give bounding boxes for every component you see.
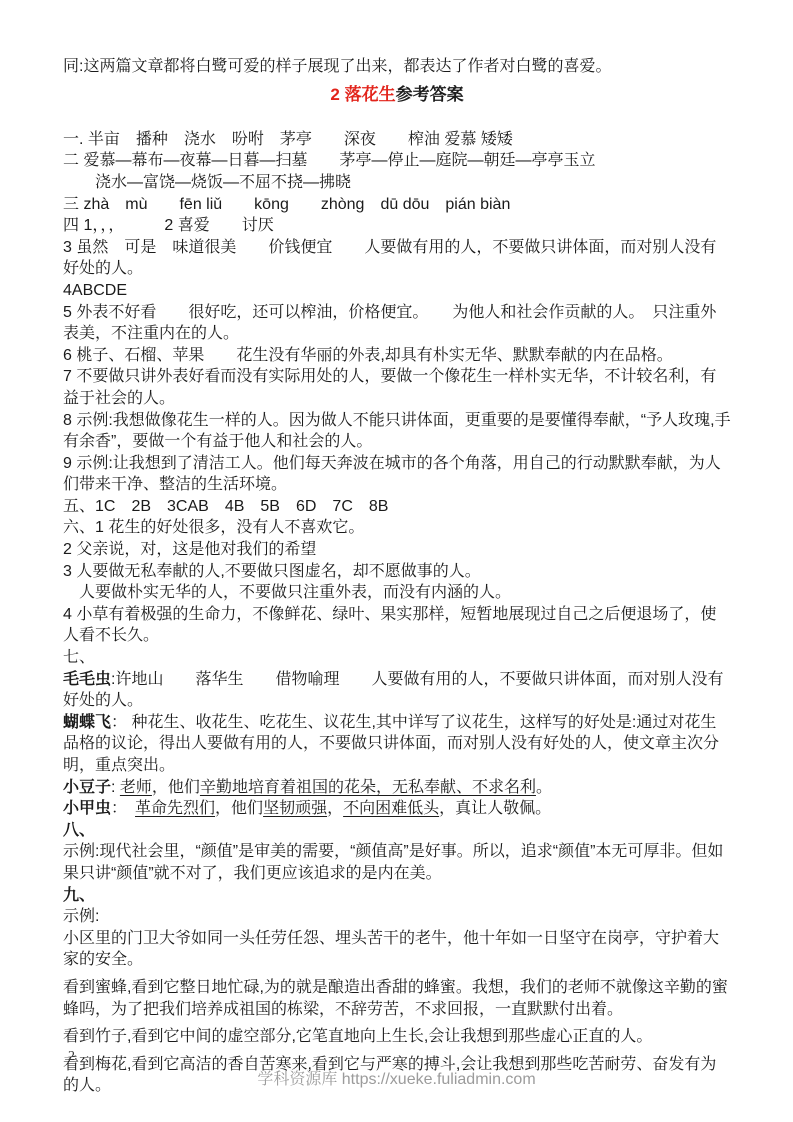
text-segment: 看到蜜蜂,看到它整日地忙碌,为的就是酿造出香甜的蜂蜜。我想，我们的老师不就像这辛… bbox=[63, 979, 728, 1018]
text-segment: 2 父亲说，对，这是他对我们的希望 bbox=[63, 541, 316, 558]
answer-paragraph: 8 示例:我想做像花生一样的人。因为做人不能只讲体面，更重要的是要懂得奉献，“予… bbox=[63, 410, 731, 453]
text-segment: 三 zhà mù fēn liǔ kōng zhòng dū dōu pián … bbox=[63, 196, 510, 213]
text-segment: :许地山 落华生 借物喻理 人要做有用的人，不要做只讲体面，而对别人没有好处的人… bbox=[63, 671, 723, 710]
text-segment: 小甲虫 bbox=[63, 800, 111, 817]
answer-paragraph: 一. 半亩 播种 浇水 吩咐 茅亭 深夜 榨油 爱慕 矮矮 bbox=[63, 129, 731, 151]
answer-paragraph: 看到竹子,看到它中间的虚空部分,它笔直地向上生长,会让我想到那些虚心正直的人。 bbox=[63, 1026, 731, 1048]
text-segment: 。 bbox=[536, 779, 552, 796]
text-segment: 3 虽然 可是 味道很美 价钱便宜 人要做有用的人，不要做只讲体面，而对别人没有… bbox=[63, 239, 716, 278]
text-segment: 同:这两篇文章都将白鹭可爱的样子展现了出来，都表达了作者对白鹭的喜爱。 bbox=[63, 58, 611, 75]
answer-paragraph bbox=[63, 107, 731, 129]
answer-paragraph: 6 桃子、石榴、苹果 花生没有华丽的外表,却具有朴实无华、默默奉献的内在品格。 bbox=[63, 345, 731, 367]
text-segment: 六、1 花生的好处很多，没有人不喜欢它。 bbox=[63, 519, 364, 536]
answer-paragraph: 9 示例:让我想到了清洁工人。他们每天奔波在城市的各个角落，用自己的行动默默奉献… bbox=[63, 453, 731, 496]
document-page: { "colors": { "title_red": "#e2231a", "b… bbox=[0, 0, 793, 1122]
text-segment: 8 示例:我想做像花生一样的人。因为做人不能只讲体面，更重要的是要懂得奉献，“予… bbox=[63, 412, 731, 451]
text-segment: 4ABCDE bbox=[63, 282, 127, 299]
text-segment: 5 外表不好看 很好吃，还可以榨油，价格便宜。 为他人和社会作贡献的人。 只注重… bbox=[63, 304, 716, 343]
text-segment: 四 1，，， 2 喜爱 讨厌 bbox=[63, 217, 274, 234]
answer-paragraph: 二 爱慕—幕布—夜幕—日暮—扫墓 茅亭—停止—庭院—朝廷—亭亭玉立 bbox=[63, 150, 731, 172]
text-segment: 八、 bbox=[63, 822, 95, 839]
answer-paragraph: 3 虽然 可是 味道很美 价钱便宜 人要做有用的人，不要做只讲体面，而对别人没有… bbox=[63, 237, 731, 280]
text-segment: 2 落花生 bbox=[330, 85, 395, 104]
text-segment: 人要做朴实无华的人，不要做只注重外表，而没有内涵的人。 bbox=[63, 584, 511, 601]
answer-paragraph: 小豆子: 老师，他们辛勤地培育着祖国的花朵，无私奉献、不求名利。 bbox=[63, 777, 731, 799]
text-segment: 7 不要做只讲外表好看而没有实际用处的人，要做一个像花生一样朴实无华，不计较名利… bbox=[63, 368, 716, 407]
text-segment: 小区里的门卫大爷如同一头任劳任怨、埋头苦干的老牛，他十年如一日坚守在岗亭，守护着… bbox=[63, 930, 719, 969]
text-segment: 革命先烈们 bbox=[135, 800, 215, 817]
text-segment: 七、 bbox=[63, 649, 95, 666]
answer-paragraph: 三 zhà mù fēn liǔ kōng zhòng dū dōu pián … bbox=[63, 194, 731, 216]
text-segment: 五、1C 2B 3CAB 4B 5B 6D 7C 8B bbox=[63, 498, 388, 515]
text-segment: ，他们 bbox=[152, 779, 200, 796]
document-body: 同:这两篇文章都将白鹭可爱的样子展现了出来，都表达了作者对白鹭的喜爱。2 落花生… bbox=[63, 56, 731, 1097]
text-segment: 9 示例:让我想到了清洁工人。他们每天奔波在城市的各个角落，用自己的行动默默奉献… bbox=[63, 455, 721, 494]
answer-paragraph: 七、 bbox=[63, 647, 731, 669]
answer-paragraph: 小甲虫： 革命先烈们，他们坚韧顽强，不向困难低头，真让人敬佩。 bbox=[63, 798, 731, 820]
answer-paragraph: 浇水—富饶—烧饭—不屈不挠—拂晓 bbox=[63, 172, 731, 194]
footer-site-text: 学科资源库 https://xueke.fuliadmin.com bbox=[0, 1066, 793, 1089]
answer-paragraph: 六、1 花生的好处很多，没有人不喜欢它。 bbox=[63, 517, 731, 539]
text-segment: 示例: bbox=[63, 908, 99, 925]
text-segment: 蝴蝶飞 bbox=[63, 714, 111, 731]
answer-paragraph: 示例:现代社会里，“颜值”是审美的需要，“颜值高”是好事。所以，追求“颜值”本无… bbox=[63, 841, 731, 884]
text-segment: 浇水—富饶—烧饭—不屈不挠—拂晓 bbox=[63, 174, 351, 191]
page-title: 2 落花生参考答案 bbox=[63, 84, 731, 106]
answer-paragraph: 小区里的门卫大爷如同一头任劳任怨、埋头苦干的老牛，他十年如一日坚守在岗亭，守护着… bbox=[63, 928, 731, 971]
text-segment: ： bbox=[111, 800, 135, 817]
answer-paragraph: 4 小草有着极强的生命力，不像鲜花、绿叶、果实那样，短暂地展现过自己之后便退场了… bbox=[63, 604, 731, 647]
answer-paragraph: 九、 bbox=[63, 885, 731, 907]
text-segment: 毛毛虫 bbox=[63, 671, 111, 688]
text-segment: ， bbox=[327, 800, 343, 817]
text-segment: 一. 半亩 播种 浇水 吩咐 茅亭 深夜 榨油 爱慕 矮矮 bbox=[63, 131, 513, 148]
answer-paragraph: 蝴蝶飞： 种花生、收花生、吃花生、议花生,其中详写了议花生，这样写的好处是:通过… bbox=[63, 712, 731, 777]
answer-paragraph: 4ABCDE bbox=[63, 280, 731, 302]
text-segment: ： 种花生、收花生、吃花生、议花生,其中详写了议花生，这样写的好处是:通过对花生… bbox=[63, 714, 719, 774]
answer-paragraph: 示例: bbox=[63, 906, 731, 928]
answer-paragraph: 3 人要做无私奉献的人,不要做只图虚名，却不愿做事的人。 bbox=[63, 561, 731, 583]
text-segment: 6 桃子、石榴、苹果 花生没有华丽的外表,却具有朴实无华、默默奉献的内在品格。 bbox=[63, 347, 673, 364]
text-segment: ，真让人敬佩。 bbox=[439, 800, 551, 817]
text-segment: 看到竹子,看到它中间的虚空部分,它笔直地向上生长,会让我想到那些虚心正直的人。 bbox=[63, 1028, 652, 1045]
text-segment: 4 小草有着极强的生命力，不像鲜花、绿叶、果实那样，短暂地展现过自己之后便退场了… bbox=[63, 606, 716, 645]
text-segment: 参考答案 bbox=[396, 85, 464, 104]
answer-paragraph: 看到蜜蜂,看到它整日地忙碌,为的就是酿造出香甜的蜂蜜。我想，我们的老师不就像这辛… bbox=[63, 977, 731, 1020]
answer-paragraph: 人要做朴实无华的人，不要做只注重外表，而没有内涵的人。 bbox=[63, 582, 731, 604]
answer-paragraph: 四 1，，， 2 喜爱 讨厌 bbox=[63, 215, 731, 237]
text-segment: 坚韧顽强 bbox=[263, 800, 327, 817]
text-segment: 小豆子 bbox=[63, 779, 111, 796]
text-segment: 示例:现代社会里，“颜值”是审美的需要，“颜值高”是好事。所以，追求“颜值”本无… bbox=[63, 843, 723, 882]
answer-paragraph: 5 外表不好看 很好吃，还可以榨油，价格便宜。 为他人和社会作贡献的人。 只注重… bbox=[63, 302, 731, 345]
answer-paragraph: 毛毛虫:许地山 落华生 借物喻理 人要做有用的人，不要做只讲体面，而对别人没有好… bbox=[63, 669, 731, 712]
text-segment: : bbox=[111, 779, 120, 796]
answer-paragraph: 同:这两篇文章都将白鹭可爱的样子展现了出来，都表达了作者对白鹭的喜爱。 bbox=[63, 56, 731, 78]
text-segment: 3 人要做无私奉献的人,不要做只图虚名，却不愿做事的人。 bbox=[63, 563, 481, 580]
answer-paragraph: 八、 bbox=[63, 820, 731, 842]
text-segment: 老师 bbox=[120, 779, 152, 796]
answer-paragraph: 7 不要做只讲外表好看而没有实际用处的人，要做一个像花生一样朴实无华，不计较名利… bbox=[63, 366, 731, 409]
text-segment: 二 爱慕—幕布—夜幕—日暮—扫墓 茅亭—停止—庭院—朝廷—亭亭玉立 bbox=[63, 152, 595, 169]
text-segment: 九、 bbox=[63, 887, 95, 904]
text-segment: ，他们 bbox=[215, 800, 263, 817]
answer-paragraph: 2 父亲说，对，这是他对我们的希望 bbox=[63, 539, 731, 561]
text-segment: 不向困难低头 bbox=[343, 800, 439, 817]
text-segment: 辛勤地培育着祖国的花朵，无私奉献、不求名利 bbox=[200, 779, 536, 796]
answer-paragraph: 五、1C 2B 3CAB 4B 5B 6D 7C 8B bbox=[63, 496, 731, 518]
page-number: 2 bbox=[68, 1049, 75, 1065]
